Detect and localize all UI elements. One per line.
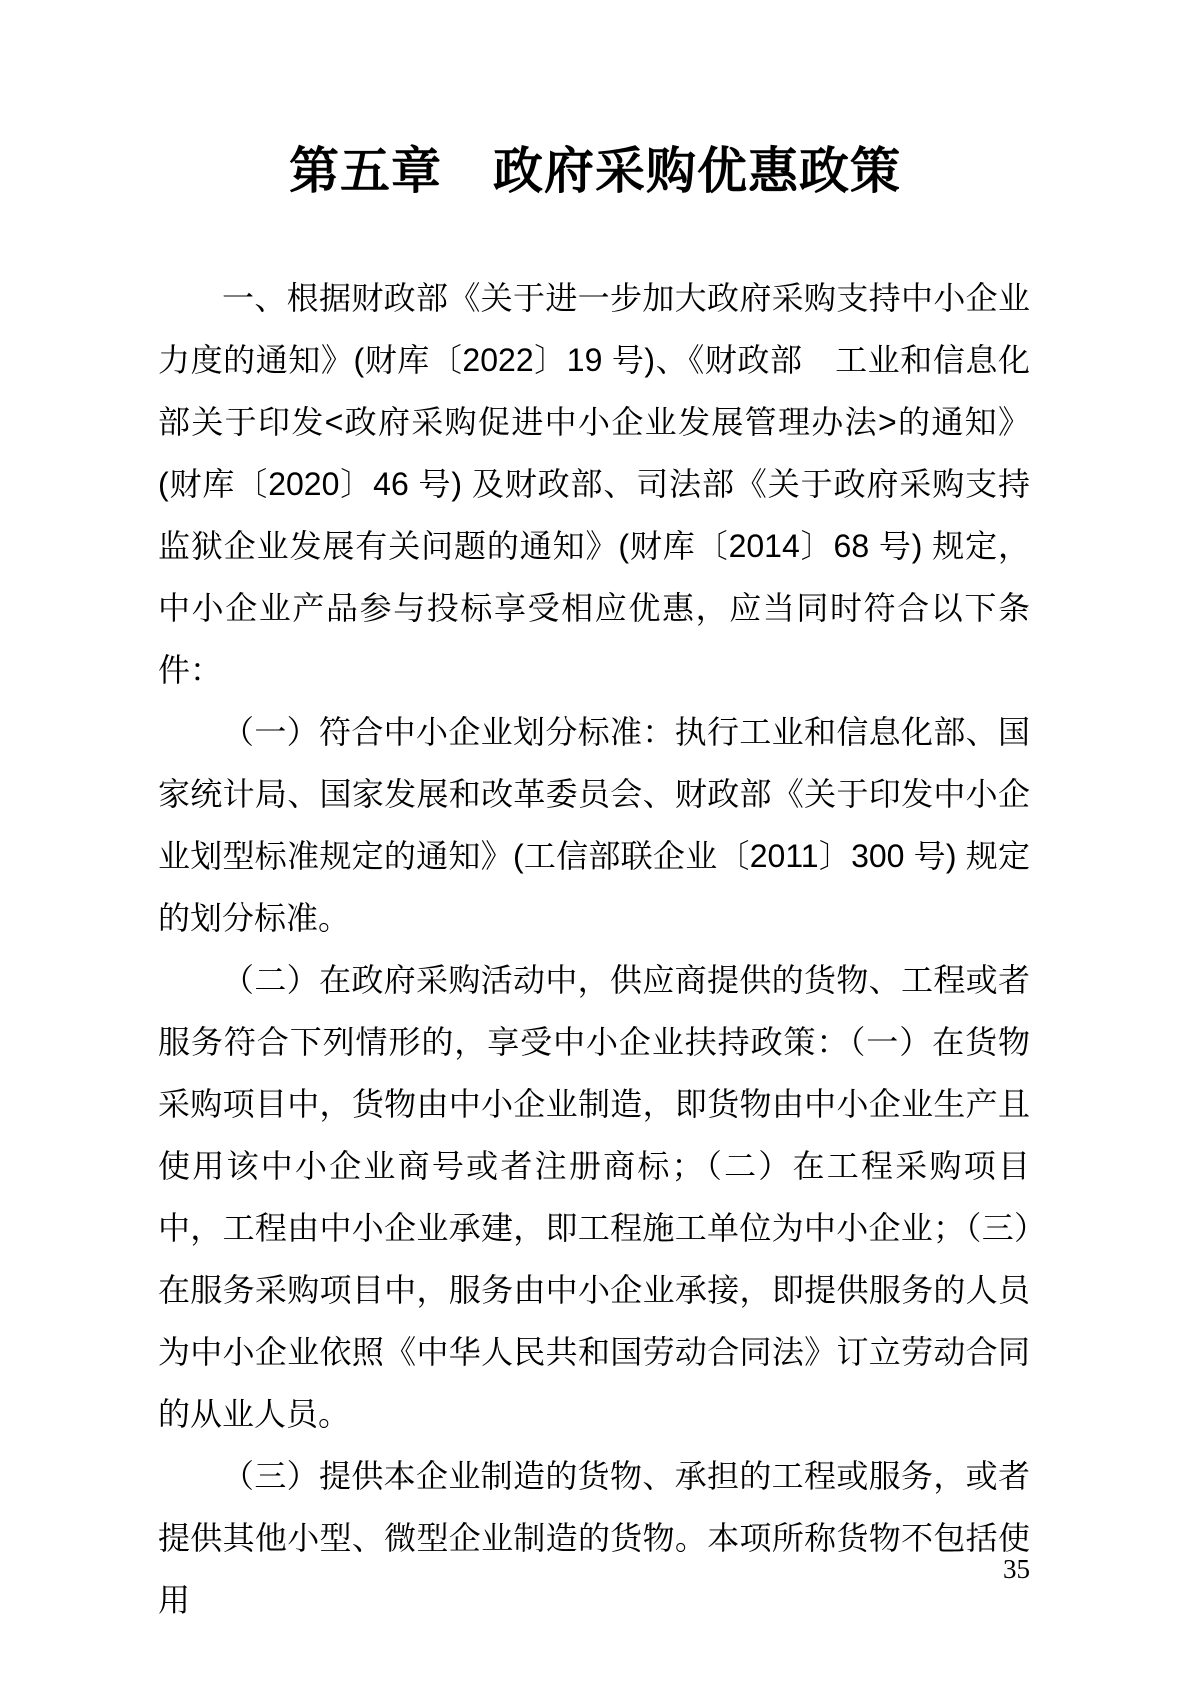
document-body: 一、根据财政部《关于进一步加大政府采购支持中小企业力度的通知》(财库〔2022〕… [158,267,1030,1631]
paragraph-1: 一、根据财政部《关于进一步加大政府采购支持中小企业力度的通知》(财库〔2022〕… [158,267,1030,701]
paragraph-4: （三）提供本企业制造的货物、承担的工程或服务，或者提供其他小型、微型企业制造的货… [158,1445,1030,1631]
paragraph-3: （二）在政府采购活动中，供应商提供的货物、工程或者服务符合下列情形的，享受中小企… [158,949,1030,1445]
page-title: 第五章 政府采购优惠政策 [0,140,1190,202]
page-number: 35 [1003,1553,1030,1585]
paragraph-2: （一）符合中小企业划分标准：执行工业和信息化部、国家统计局、国家发展和改革委员会… [158,701,1030,949]
document-page: 第五章 政府采购优惠政策 一、根据财政部《关于进一步加大政府采购支持中小企业力度… [0,0,1190,1682]
